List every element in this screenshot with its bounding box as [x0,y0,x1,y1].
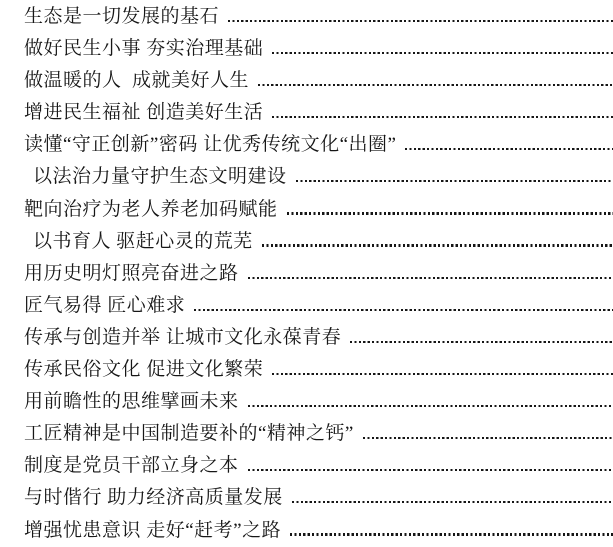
toc-entry: 以法治力量守护生态文明建设 [0,161,613,193]
toc-entry: 增强忧患意识 走好“赶考”之路 [0,515,613,547]
toc-entry: 读懂“守正创新”密码 让优秀传统文化“出圈” [0,129,613,161]
toc-entry: 制度是党员干部立身之本 [0,450,613,482]
toc-entry-title: 工匠精神是中国制造要补的“精神之钙” [24,418,354,450]
dot-leader [272,52,613,54]
dot-leader [194,309,613,311]
dot-leader [292,501,613,503]
dot-leader [248,405,613,407]
dot-leader [296,180,613,182]
toc-entry-title: 用前瞻性的思维擘画未来 [24,386,239,418]
dot-leader [350,341,613,343]
toc-entry-title: 靶向治疗为老人养老加码赋能 [24,194,278,226]
toc-entry: 以书育人 驱赶心灵的荒芜 [0,226,613,258]
toc-entry: 传承与创造并举 让城市文化永葆青春 [0,322,613,354]
toc-entry: 用历史明灯照亮奋进之路 [0,258,613,290]
dot-leader [272,116,613,118]
toc-entry-title: 生态是一切发展的基石 [24,1,219,33]
dot-leader [248,469,613,471]
toc-entry: 传承民俗文化 促进文化繁荣 [0,354,613,386]
toc-entry-title: 做好民生小事 夯实治理基础 [24,33,263,65]
toc-entry-title: 读懂“守正创新”密码 让优秀传统文化“出圈” [24,129,396,161]
toc-list: 生态是一切发展的基石 做好民生小事 夯实治理基础 做温暖的人 成就美好人生 增进… [0,0,613,547]
dot-leader [248,277,613,279]
toc-entry-title: 传承民俗文化 促进文化繁荣 [24,354,263,386]
dot-leader [262,244,613,246]
toc-entry-title: 增强忧患意识 走好“赶考”之路 [24,515,281,547]
toc-entry: 做温暖的人 成就美好人生 [0,65,613,97]
dot-leader [405,148,613,150]
toc-entry-title: 制度是党员干部立身之本 [24,450,239,482]
toc-entry-title: 匠气易得 匠心难求 [24,290,185,322]
toc-entry-title: 与时偕行 助力经济高质量发展 [24,482,283,514]
toc-entry: 匠气易得 匠心难求 [0,290,613,322]
toc-entry: 与时偕行 助力经济高质量发展 [0,482,613,514]
dot-leader [363,437,613,439]
dot-leader [290,533,613,535]
toc-entry: 工匠精神是中国制造要补的“精神之钙” [0,418,613,450]
toc-entry: 做好民生小事 夯实治理基础 [0,33,613,65]
toc-entry-title: 增进民生福祉 创造美好生活 [24,97,263,129]
toc-entry: 增进民生福祉 创造美好生活 [0,97,613,129]
toc-entry-title: 传承与创造并举 让城市文化永葆青春 [24,322,341,354]
dot-leader [272,373,613,375]
dot-leader [258,84,613,86]
toc-entry: 用前瞻性的思维擘画未来 [0,386,613,418]
toc-entry-title: 做温暖的人 成就美好人生 [24,65,249,97]
toc-entry-title: 以法治力量守护生态文明建设 [33,161,287,193]
toc-entry: 靶向治疗为老人养老加码赋能 [0,194,613,226]
dot-leader [287,212,613,214]
toc-entry-title: 用历史明灯照亮奋进之路 [24,258,239,290]
toc-entry-title: 以书育人 驱赶心灵的荒芜 [33,226,253,258]
toc-entry: 生态是一切发展的基石 [0,1,613,33]
dot-leader [228,20,613,22]
